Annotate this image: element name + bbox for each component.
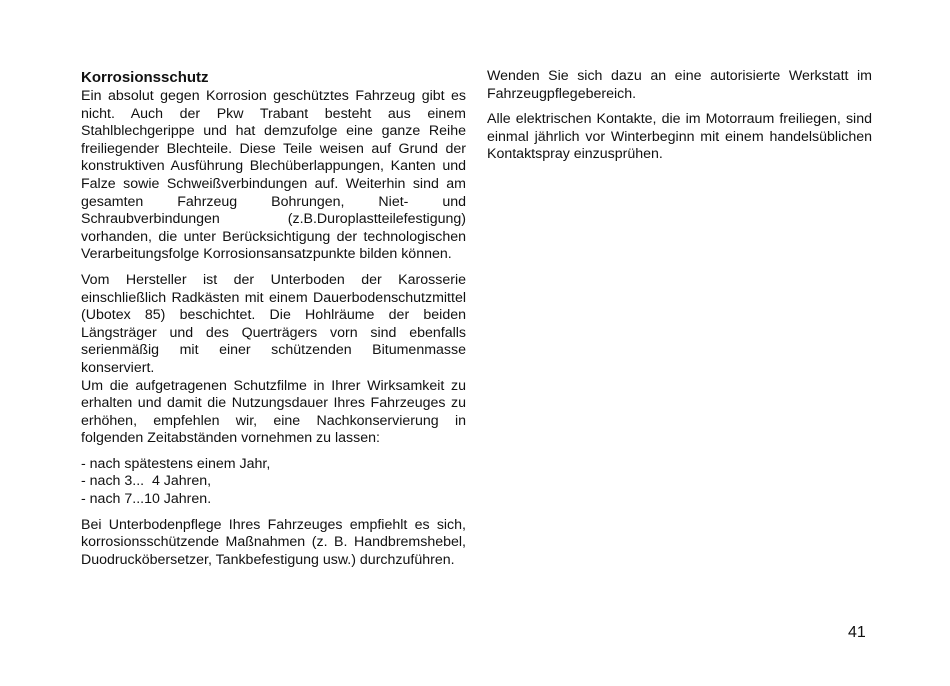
paragraph-workshop: Wenden Sie sich dazu an eine autorisiert… bbox=[487, 68, 872, 103]
paragraph-underbody-protection: Vom Hersteller ist der Unterboden der Ka… bbox=[81, 272, 466, 378]
right-column: Wenden Sie sich dazu an eine autorisiert… bbox=[487, 68, 872, 164]
interval-item: - nach 7...10 Jahren. bbox=[81, 491, 466, 509]
page-number: 41 bbox=[848, 624, 866, 642]
interval-list: - nach spätestens einem Jahr, - nach 3..… bbox=[81, 456, 466, 509]
interval-item: - nach spätestens einem Jahr, bbox=[81, 456, 466, 474]
paragraph-electrical-contacts: Alle elektrischen Kontakte, die im Motor… bbox=[487, 111, 872, 164]
section-heading: Korrosionsschutz bbox=[81, 68, 466, 88]
interval-item: - nach 3... 4 Jahren, bbox=[81, 473, 466, 491]
left-column: Korrosionsschutz Ein absolut gegen Korro… bbox=[81, 68, 466, 569]
paragraph-corrosion-intro: Ein absolut gegen Korrosion geschütztes … bbox=[81, 88, 466, 264]
paragraph-reconservation: Um die aufgetragenen Schutzfilme in Ihre… bbox=[81, 378, 466, 448]
paragraph-underbody-care: Bei Unterbodenpflege Ihres Fahrzeuges em… bbox=[81, 517, 466, 570]
